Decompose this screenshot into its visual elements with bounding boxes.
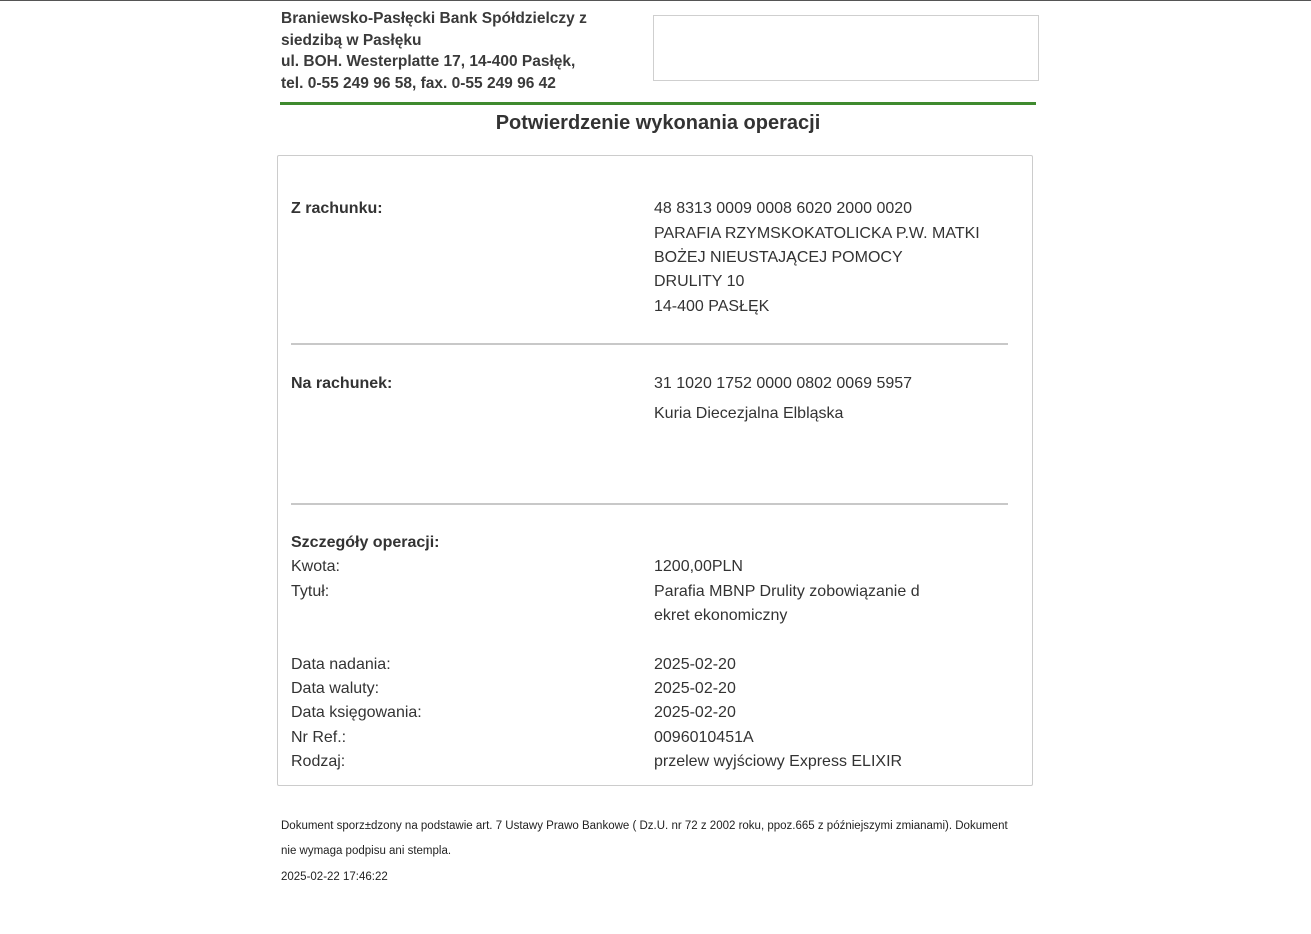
to-account-name: Kuria Diecezjalna Elbląska <box>654 405 843 423</box>
date-sent-value: 2025-02-20 <box>654 656 736 674</box>
logo-placeholder <box>653 15 1039 81</box>
ref-number-value: 0096010451A <box>654 729 754 747</box>
bank-phone: tel. 0-55 249 96 58, fax. 0-55 249 96 42 <box>281 73 641 95</box>
ref-number-label: Nr Ref.: <box>291 729 346 747</box>
document-title: Potwierdzenie wykonania operacji <box>280 112 1036 135</box>
transfer-type-label: Rodzaj: <box>291 753 345 771</box>
bank-info: Braniewsko-Pasłęcki Bank Spółdzielczy z … <box>281 8 641 94</box>
booking-date-value: 2025-02-20 <box>654 704 736 722</box>
value-date-value: 2025-02-20 <box>654 680 736 698</box>
generated-timestamp: 2025-02-22 17:46:22 <box>281 871 388 883</box>
transfer-title-line2: ekret ekonomiczny <box>654 607 787 625</box>
value-date-label: Data waluty: <box>291 680 379 698</box>
section-divider <box>291 503 1008 505</box>
amount-value: 1200,00PLN <box>654 558 743 576</box>
from-account-number: 48 8313 0009 0008 6020 2000 0020 <box>654 200 912 218</box>
from-owner-line3: DRULITY 10 <box>654 273 744 291</box>
bank-name-line2: siedzibą w Pasłęku <box>281 30 641 52</box>
to-account-number: 31 1020 1752 0000 0802 0069 5957 <box>654 375 912 393</box>
from-account-label: Z rachunku: <box>291 200 383 218</box>
legal-note-line1: Dokument sporz±dzony na podstawie art. 7… <box>281 820 1008 832</box>
from-owner-line2: BOŻEJ NIEUSTAJĄCEJ POMOCY <box>654 249 903 267</box>
section-divider <box>291 343 1008 345</box>
from-owner-line4: 14-400 PASŁĘK <box>654 298 769 316</box>
booking-date-label: Data księgowania: <box>291 704 422 722</box>
from-owner-line1: PARAFIA RZYMSKOKATOLICKA P.W. MATKI <box>654 225 980 243</box>
amount-label: Kwota: <box>291 558 340 576</box>
date-sent-label: Data nadania: <box>291 656 391 674</box>
legal-note-line2: nie wymaga podpisu ani stempla. <box>281 845 451 857</box>
transfer-title-label: Tytuł: <box>291 583 329 601</box>
transfer-title-line1: Parafia MBNP Drulity zobowiązanie d <box>654 583 920 601</box>
details-heading: Szczegóły operacji: <box>291 534 440 552</box>
transfer-type-value: przelew wyjściowy Express ELIXIR <box>654 753 902 771</box>
bank-address: ul. BOH. Westerplatte 17, 14-400 Pasłęk, <box>281 51 641 73</box>
to-account-label: Na rachunek: <box>291 375 392 393</box>
header-divider <box>280 102 1036 105</box>
bank-name-line1: Braniewsko-Pasłęcki Bank Spółdzielczy z <box>281 8 641 30</box>
